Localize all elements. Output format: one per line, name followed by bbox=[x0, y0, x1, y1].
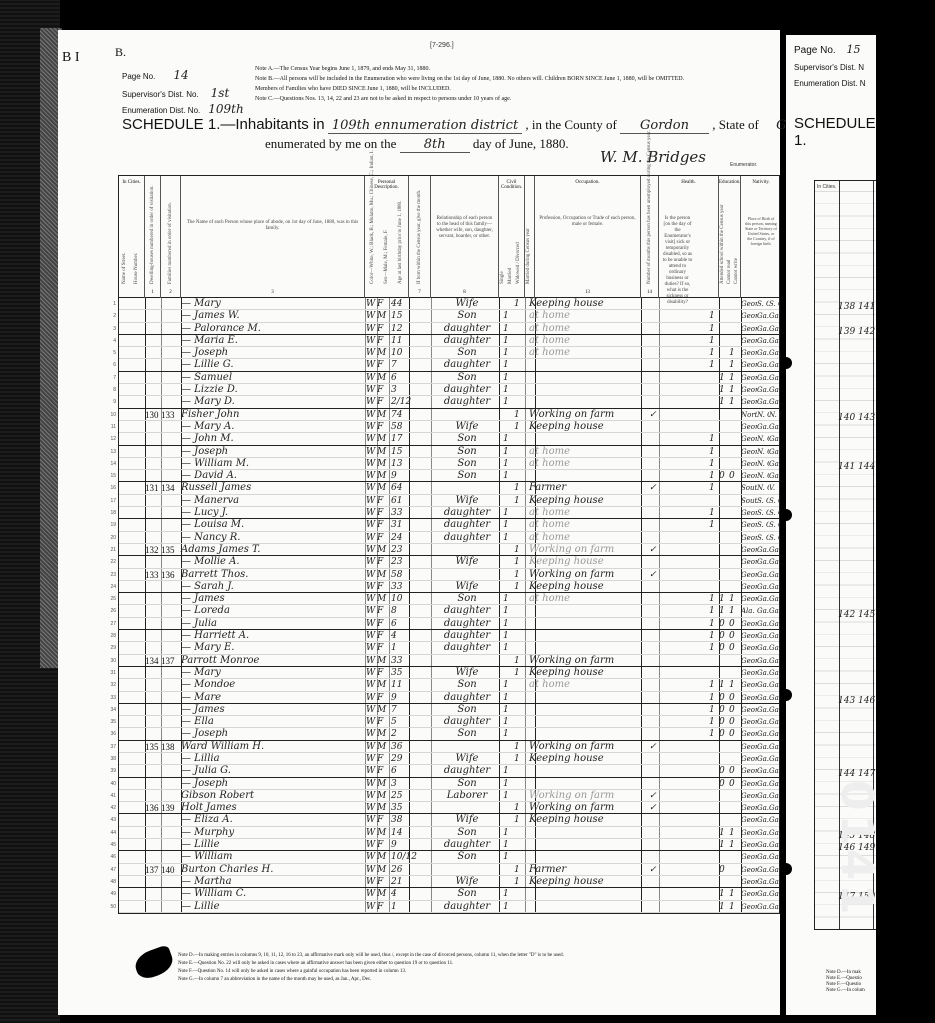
school-mark: 1 bbox=[709, 482, 719, 494]
birthplace-person: Ala. bbox=[741, 605, 757, 617]
cannot-read-mark: 1 bbox=[719, 888, 729, 900]
birthplace-mother: N. C. bbox=[769, 409, 781, 421]
school-mark: 1 bbox=[709, 433, 719, 445]
cannot-write-mark bbox=[729, 409, 739, 421]
cannot-read-mark: 0 bbox=[719, 765, 729, 777]
col-personal: Personal Description. Color—White, W.; B… bbox=[365, 176, 409, 298]
birthplace-person: Georgia bbox=[741, 765, 757, 777]
single-mark: 1 bbox=[503, 396, 511, 408]
enumeration-value: 109th bbox=[208, 102, 243, 116]
person-name: — Murphy bbox=[181, 827, 351, 839]
single-mark bbox=[503, 753, 511, 765]
cannot-read-mark bbox=[719, 298, 729, 310]
single-mark: 1 bbox=[503, 593, 511, 605]
cannot-write-mark bbox=[729, 323, 739, 335]
single-mark: 1 bbox=[503, 888, 511, 900]
school-mark: 1 bbox=[709, 323, 719, 335]
birthplace-person: Georgia bbox=[741, 323, 757, 335]
birthplace-father: S. C. bbox=[757, 507, 769, 519]
birthplace-mother: Ga. bbox=[769, 728, 781, 740]
married-mark bbox=[514, 310, 522, 322]
school-mark: 1 bbox=[709, 642, 719, 654]
cannot-write-mark bbox=[729, 753, 739, 765]
table-row: 19— Louisa M.WF31daughter1at home1Georgi… bbox=[119, 519, 779, 531]
sex: M bbox=[377, 851, 391, 863]
occupation: Working on farm bbox=[529, 544, 639, 556]
married-mark bbox=[514, 630, 522, 642]
single-mark bbox=[503, 298, 511, 310]
birthplace-mother: Ga. bbox=[769, 446, 781, 458]
family-number: 133 bbox=[161, 409, 181, 421]
table-row: 47137140Burton Charles H.WM261Farmer✓0Ge… bbox=[119, 864, 779, 876]
birthplace-person: Georgia bbox=[741, 888, 757, 900]
color: W bbox=[366, 839, 376, 851]
birthplace-person: Georgia bbox=[741, 778, 757, 790]
married-mark bbox=[514, 765, 522, 777]
nativity: GeorgiaGa.Ga. bbox=[741, 679, 781, 691]
cannot-read-mark bbox=[719, 814, 729, 826]
family-number bbox=[161, 716, 181, 728]
table-row: 32— MondoeWM11Son1at home111GeorgiaGa.Ga… bbox=[119, 679, 779, 691]
birthplace-mother: Ga. bbox=[769, 421, 781, 433]
school-mark: 1 bbox=[709, 679, 719, 691]
binder-ring bbox=[780, 509, 792, 521]
age: 61 bbox=[391, 495, 407, 507]
relationship: daughter bbox=[437, 323, 497, 335]
birthplace-father: Ga. bbox=[757, 310, 769, 322]
table-row: 18— Lucy J.WF33daughter1at home1GeorgiaS… bbox=[119, 507, 779, 519]
line-number: 8 bbox=[104, 384, 116, 396]
enumerated-suffix: day of June, 1880. bbox=[473, 136, 569, 151]
age: 23 bbox=[391, 556, 407, 568]
cannot-write-mark: 0 bbox=[729, 642, 739, 654]
color: W bbox=[366, 433, 376, 445]
person-name: Ward William H. bbox=[181, 741, 351, 753]
sex: F bbox=[377, 507, 391, 519]
married-mark: 1 bbox=[514, 864, 522, 876]
person-name: — Joseph bbox=[181, 778, 351, 790]
cannot-read-mark bbox=[719, 532, 729, 544]
unemployed-mark bbox=[649, 446, 659, 458]
occupation: Keeping house bbox=[529, 298, 639, 310]
next-page-no: Page No. 15 bbox=[794, 43, 860, 56]
relationship: daughter bbox=[437, 765, 497, 777]
single-mark bbox=[503, 409, 511, 421]
nativity: GeorgiaS. C.S. C. bbox=[741, 298, 781, 310]
sex: M bbox=[377, 679, 391, 691]
birthplace-mother: Ga. bbox=[769, 335, 781, 347]
age: 33 bbox=[391, 507, 407, 519]
footnote-d: Note D.—In making entries in columns 9, … bbox=[178, 952, 738, 960]
age: 44 bbox=[391, 298, 407, 310]
person-name: — Mare bbox=[181, 692, 351, 704]
line-number: 25 bbox=[104, 593, 116, 605]
cannot-write-mark bbox=[729, 851, 739, 863]
occupation bbox=[529, 359, 639, 371]
family-number bbox=[161, 618, 181, 630]
birthplace-father: Ga. bbox=[757, 544, 769, 556]
married-mark bbox=[514, 642, 522, 654]
enumerator-label: Enumerator. bbox=[730, 162, 757, 168]
relationship: Wife bbox=[437, 581, 497, 593]
school-mark: 1 bbox=[709, 359, 719, 371]
col-nativity: Nativity. Place of Birth of this person,… bbox=[741, 176, 781, 298]
occupation: Keeping house bbox=[529, 556, 639, 568]
unemployed-mark bbox=[649, 470, 659, 482]
school-mark bbox=[709, 298, 719, 310]
line-number: 19 bbox=[104, 519, 116, 531]
color: W bbox=[366, 446, 376, 458]
unemployed-mark bbox=[649, 347, 659, 359]
birthplace-father: Ga. bbox=[757, 667, 769, 679]
married-mark bbox=[514, 605, 522, 617]
color: W bbox=[366, 384, 376, 396]
single-mark bbox=[503, 569, 511, 581]
unemployed-mark bbox=[649, 593, 659, 605]
table-row: 35— EllaWF5daughter1100GeorgiaGa.Ga. bbox=[119, 716, 779, 728]
cannot-write-mark bbox=[729, 790, 739, 802]
birthplace-person: Georgia bbox=[741, 704, 757, 716]
table-row: 2— James W.WM15Son1at home1GeorgiaGa.Ga. bbox=[119, 310, 779, 322]
nativity: Ala.Ga.Ga. bbox=[741, 605, 781, 617]
birthplace-person: Georgia bbox=[741, 790, 757, 802]
sex: F bbox=[377, 495, 391, 507]
line-number: 5 bbox=[104, 347, 116, 359]
table-row: 36— JosephWM2Son1100GeorgiaGa.Ga. bbox=[119, 728, 779, 740]
col-unemployed: Number of months this person has been un… bbox=[641, 176, 659, 298]
occupation bbox=[529, 630, 639, 642]
line-number: 18 bbox=[104, 507, 116, 519]
sex: M bbox=[377, 482, 391, 494]
family-number bbox=[161, 728, 181, 740]
nativity: GeorgiaGa.Ga. bbox=[741, 814, 781, 826]
cannot-write-mark bbox=[729, 667, 739, 679]
birthplace-father: Ga. bbox=[757, 618, 769, 630]
person-name: Adams James T. bbox=[181, 544, 351, 556]
color: W bbox=[366, 495, 376, 507]
relationship: Wife bbox=[437, 556, 497, 568]
cannot-read-mark bbox=[719, 753, 729, 765]
line-number: 39 bbox=[104, 765, 116, 777]
unemployed-mark: ✓ bbox=[649, 864, 659, 876]
nativity: GeorgiaGa.Ga. bbox=[741, 421, 781, 433]
family-number: 137 bbox=[161, 655, 181, 667]
cannot-read-mark: 0 bbox=[719, 728, 729, 740]
birthplace-father: Ga. bbox=[757, 741, 769, 753]
sex: M bbox=[377, 864, 391, 876]
nativity: South C.N. C.V. bbox=[741, 482, 781, 494]
birthplace-mother: Ga. bbox=[769, 605, 781, 617]
age: 21 bbox=[391, 876, 407, 888]
person-name: Russell James bbox=[181, 482, 351, 494]
occupation bbox=[529, 384, 639, 396]
color: W bbox=[366, 741, 376, 753]
color: W bbox=[366, 778, 376, 790]
married-mark bbox=[514, 458, 522, 470]
occupation: Keeping house bbox=[529, 814, 639, 826]
age: 6 bbox=[391, 765, 407, 777]
cannot-read-mark: 1 bbox=[719, 384, 729, 396]
married-mark bbox=[514, 507, 522, 519]
nativity: GeorgiaGa.Ga. bbox=[741, 716, 781, 728]
married-mark bbox=[514, 851, 522, 863]
nativity: GeorgiaGa.Ga. bbox=[741, 323, 781, 335]
family-number bbox=[161, 384, 181, 396]
age: 26 bbox=[391, 864, 407, 876]
school-mark: 1 bbox=[709, 605, 719, 617]
cannot-read-mark: 0 bbox=[719, 642, 729, 654]
col-relationship: Relationship of each person to the head … bbox=[431, 176, 499, 298]
single-mark bbox=[503, 864, 511, 876]
color: W bbox=[366, 728, 376, 740]
person-name: — Loreda bbox=[181, 605, 351, 617]
cannot-write-mark bbox=[729, 876, 739, 888]
school-mark bbox=[709, 901, 719, 913]
table-body: 1— MaryWF44Wife1Keeping houseGeorgiaS. C… bbox=[119, 298, 779, 913]
family-number bbox=[161, 827, 181, 839]
school-mark bbox=[709, 409, 719, 421]
school-mark bbox=[709, 581, 719, 593]
school-mark bbox=[709, 532, 719, 544]
birthplace-mother: Ga. bbox=[769, 310, 781, 322]
age: 31 bbox=[391, 519, 407, 531]
relationship: daughter bbox=[437, 507, 497, 519]
table-row: 34— JamesWM7Son1100GeorgiaGa.Ga. bbox=[119, 704, 779, 716]
color: W bbox=[366, 679, 376, 691]
relationship: Wife bbox=[437, 667, 497, 679]
sex: F bbox=[377, 642, 391, 654]
married-mark: 1 bbox=[514, 655, 522, 667]
sex: F bbox=[377, 581, 391, 593]
family-number bbox=[161, 642, 181, 654]
birthplace-mother: Ga. bbox=[769, 323, 781, 335]
single-mark bbox=[503, 581, 511, 593]
married-mark bbox=[514, 704, 522, 716]
unemployed-mark: ✓ bbox=[649, 544, 659, 556]
birthplace-mother: Ga. bbox=[769, 556, 781, 568]
table-row: 27— JuliaWF6daughter1100GeorgiaGa.Ga. bbox=[119, 618, 779, 630]
line-number: 35 bbox=[104, 716, 116, 728]
married-mark bbox=[514, 323, 522, 335]
birthplace-mother: Ga. bbox=[769, 470, 781, 482]
table-row: 33— MareWF9daughter1100GeorgiaGa.Ga. bbox=[119, 692, 779, 704]
person-name: — Lillie G. bbox=[181, 359, 351, 371]
birthplace-mother: Ga. bbox=[769, 618, 781, 630]
next-page-dwelling-entry: 142 145 bbox=[838, 610, 875, 620]
table-row: 41Gibson RobertWM25Laborer1Working on fa… bbox=[119, 790, 779, 802]
birthplace-person: Georgia bbox=[741, 569, 757, 581]
cannot-read-mark bbox=[719, 507, 729, 519]
supervisor-label: Supervisor's Dist. No. bbox=[122, 90, 199, 99]
family-number bbox=[161, 458, 181, 470]
color: W bbox=[366, 765, 376, 777]
birthplace-father: N. C. bbox=[757, 446, 769, 458]
table-row: 46— WilliamWM10/12Son1GeorgiaGa.Ga. bbox=[119, 851, 779, 863]
birthplace-mother: Ga. bbox=[769, 372, 781, 384]
single-mark: 1 bbox=[503, 605, 511, 617]
unemployed-mark bbox=[649, 876, 659, 888]
color: W bbox=[366, 704, 376, 716]
family-number bbox=[161, 630, 181, 642]
color: W bbox=[366, 556, 376, 568]
married-mark: 1 bbox=[514, 556, 522, 568]
relationship: Wife bbox=[437, 298, 497, 310]
single-mark: 1 bbox=[503, 347, 511, 359]
cannot-write-mark: 0 bbox=[729, 470, 739, 482]
color: W bbox=[366, 396, 376, 408]
birthplace-father: Ga. bbox=[757, 323, 769, 335]
color: W bbox=[366, 851, 376, 863]
occupation: Working on farm bbox=[529, 802, 639, 814]
color: W bbox=[366, 470, 376, 482]
footnote-g: Note G.—In column 7 an abbreviation in t… bbox=[178, 976, 738, 984]
birthplace-person: Georgia bbox=[741, 372, 757, 384]
single-mark: 1 bbox=[503, 618, 511, 630]
occupation: Keeping house bbox=[529, 495, 639, 507]
person-name: — Lillie bbox=[181, 901, 351, 913]
married-mark: 1 bbox=[514, 569, 522, 581]
sex: M bbox=[377, 728, 391, 740]
line-number: 9 bbox=[104, 396, 116, 408]
occupation bbox=[529, 618, 639, 630]
person-name: — Lucy J. bbox=[181, 507, 351, 519]
next-enumeration-label: Enumeration Dist. N bbox=[794, 79, 866, 88]
family-number bbox=[161, 310, 181, 322]
col-married-year: Married during Census year bbox=[525, 176, 535, 298]
family-number: 134 bbox=[161, 482, 181, 494]
line-number: 32 bbox=[104, 679, 116, 691]
line-number: 14 bbox=[104, 458, 116, 470]
school-mark bbox=[709, 888, 719, 900]
birthplace-mother: S. C. bbox=[769, 532, 781, 544]
unemployed-mark bbox=[649, 384, 659, 396]
color: W bbox=[366, 692, 376, 704]
school-mark bbox=[709, 384, 719, 396]
sex: F bbox=[377, 605, 391, 617]
unemployed-mark: ✓ bbox=[649, 482, 659, 494]
person-name: — Eliza A. bbox=[181, 814, 351, 826]
nativity: North C.N. C.N. C. bbox=[741, 409, 781, 421]
table-row: 8— Lizzie D.WF3daughter111GeorgiaGa.Ga. bbox=[119, 384, 779, 396]
birthplace-father: N. C. bbox=[757, 470, 769, 482]
color: W bbox=[366, 790, 376, 802]
nativity: GeorgiaGa.Ga. bbox=[741, 310, 781, 322]
binder-ring bbox=[780, 357, 792, 369]
birthplace-father: Ga. bbox=[757, 876, 769, 888]
schedule-title: SCHEDULE 1.—Inhabitants in bbox=[122, 116, 325, 133]
birthplace-person: Georgia bbox=[741, 446, 757, 458]
sex: M bbox=[377, 446, 391, 458]
line-number: 24 bbox=[104, 581, 116, 593]
birthplace-person: Georgia bbox=[741, 433, 757, 445]
cannot-read-mark bbox=[719, 433, 729, 445]
birthplace-father: Ga. bbox=[757, 335, 769, 347]
relationship: Son bbox=[437, 347, 497, 359]
line-number: 44 bbox=[104, 827, 116, 839]
page-no-label: Page No. bbox=[122, 72, 155, 81]
school-mark bbox=[709, 851, 719, 863]
age: 11 bbox=[391, 679, 407, 691]
cannot-write-mark: 1 bbox=[729, 372, 739, 384]
family-number bbox=[161, 421, 181, 433]
table-row: 25— JamesWM10Son1at home111GeorgiaGa.Ga. bbox=[119, 593, 779, 605]
school-mark bbox=[709, 544, 719, 556]
line-number: 34 bbox=[104, 704, 116, 716]
cannot-write-mark bbox=[729, 298, 739, 310]
unemployed-mark bbox=[649, 765, 659, 777]
age: 3 bbox=[391, 778, 407, 790]
school-mark: 1 bbox=[709, 618, 719, 630]
nativity: GeorgiaGa.Ga. bbox=[741, 642, 781, 654]
birthplace-mother: Ga. bbox=[769, 347, 781, 359]
person-name: — Julia bbox=[181, 618, 351, 630]
person-name: — William C. bbox=[181, 888, 351, 900]
birthplace-person: Georgia bbox=[741, 532, 757, 544]
nativity: GeorgiaS. C.S. C. bbox=[741, 532, 781, 544]
cannot-write-mark bbox=[729, 556, 739, 568]
line-number: 1 bbox=[104, 298, 116, 310]
line-number: 49 bbox=[104, 888, 116, 900]
single-mark: 1 bbox=[503, 446, 511, 458]
birthplace-person: Georgia bbox=[741, 310, 757, 322]
line-number: 10 bbox=[104, 409, 116, 421]
occupation: at home bbox=[529, 532, 639, 544]
cannot-read-mark bbox=[719, 655, 729, 667]
unemployed-mark bbox=[649, 581, 659, 593]
occupation: at home bbox=[529, 519, 639, 531]
sex: M bbox=[377, 704, 391, 716]
single-mark: 1 bbox=[503, 851, 511, 863]
birthplace-mother: Ga. bbox=[769, 778, 781, 790]
school-mark bbox=[709, 741, 719, 753]
occupation bbox=[529, 765, 639, 777]
family-number bbox=[161, 704, 181, 716]
sex: M bbox=[377, 802, 391, 814]
cannot-read-mark bbox=[719, 556, 729, 568]
single-mark: 1 bbox=[503, 790, 511, 802]
schedule-heading: SCHEDULE 1.—Inhabitants in 109th ennumer… bbox=[122, 116, 798, 133]
color: W bbox=[366, 323, 376, 335]
person-name: — Louisa M. bbox=[181, 519, 351, 531]
color: W bbox=[366, 507, 376, 519]
person-name: — Mary A. bbox=[181, 421, 351, 433]
relationship: Wife bbox=[437, 421, 497, 433]
age: 2 bbox=[391, 728, 407, 740]
birthplace-person: Georgia bbox=[741, 876, 757, 888]
single-mark: 1 bbox=[503, 372, 511, 384]
person-name: — Martha bbox=[181, 876, 351, 888]
color: W bbox=[366, 655, 376, 667]
birthplace-father: Ga. bbox=[757, 901, 769, 913]
person-name: — William bbox=[181, 851, 351, 863]
form-code: [7-296.] bbox=[430, 42, 454, 49]
family-number bbox=[161, 692, 181, 704]
sex: F bbox=[377, 519, 391, 531]
family-number bbox=[161, 433, 181, 445]
person-name: Burton Charles H. bbox=[181, 864, 351, 876]
birthplace-person: Georgia bbox=[741, 716, 757, 728]
cannot-write-mark: 0 bbox=[729, 765, 739, 777]
occupation bbox=[529, 778, 639, 790]
cannot-write-mark bbox=[729, 802, 739, 814]
cannot-read-mark bbox=[719, 495, 729, 507]
unemployed-mark bbox=[649, 323, 659, 335]
relationship: Son bbox=[437, 458, 497, 470]
single-mark: 1 bbox=[503, 901, 511, 913]
unemployed-mark bbox=[649, 335, 659, 347]
nativity: GeorgiaGa.Ga. bbox=[741, 544, 781, 556]
birthplace-person: Georgia bbox=[741, 421, 757, 433]
